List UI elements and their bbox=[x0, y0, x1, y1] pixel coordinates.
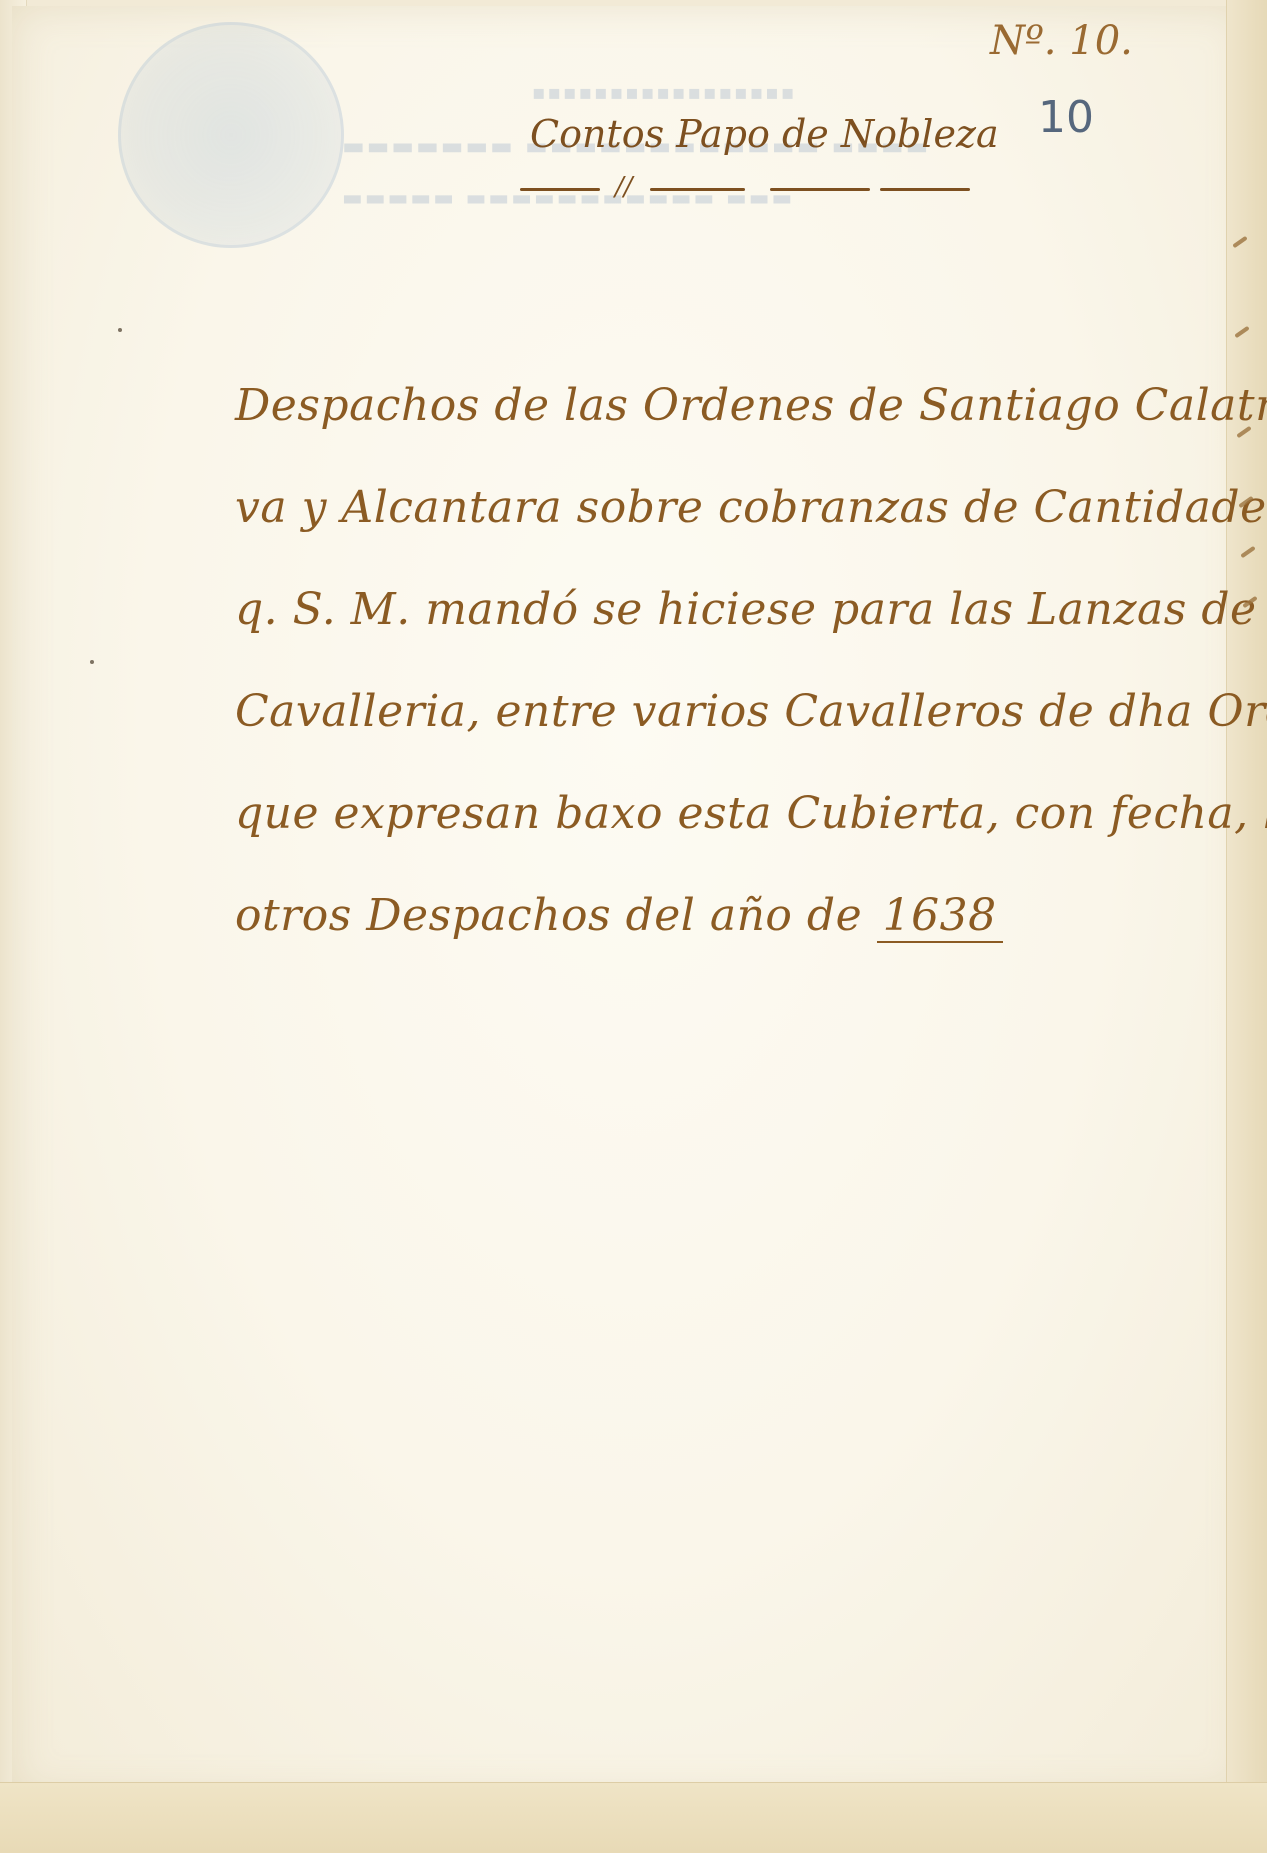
ink-speck bbox=[90, 660, 94, 664]
folio-number-ink: Nº. 10. bbox=[990, 18, 1133, 64]
document-body: Despachos de las Ordenes de Santiago Cal… bbox=[235, 355, 1175, 967]
manuscript-sheet: ▪▪▪▪▪▪▪▪▪▪▪▪▪▪▪▪▪ ▬▬▬▬ ▬▬▬▬▬▬▬▬▬▬▬▬ ▬▬▬▬… bbox=[0, 0, 1267, 1853]
body-line-2: va y Alcantara sobre cobranzas de Cantid… bbox=[235, 457, 1175, 559]
folio-ink-text: Nº. 10. bbox=[990, 18, 1133, 64]
document-year: 1638 bbox=[877, 890, 1003, 943]
bleed-through-text: ▪▪▪▪▪▪▪▪▪▪▪▪▪▪▪▪▪ bbox=[530, 80, 794, 104]
folio-number-pencil: 10 bbox=[1038, 92, 1094, 143]
heading-rule bbox=[650, 188, 745, 191]
heading-mark: // bbox=[615, 172, 633, 202]
body-line-4: Cavalleria, entre varios Cavalleros de d… bbox=[235, 661, 1175, 763]
right-page-edge bbox=[1226, 0, 1267, 1853]
body-line-5: que expresan baxo esta Cubierta, con fec… bbox=[235, 763, 1175, 865]
ink-speck bbox=[118, 328, 122, 332]
document-heading: Contos Papo de Nobleza bbox=[530, 112, 999, 156]
body-line-3: q. S. M. mandó se hiciese para las Lanza… bbox=[235, 559, 1175, 661]
heading-rule bbox=[770, 188, 870, 191]
bottom-page-edge bbox=[0, 1782, 1267, 1853]
heading-rule bbox=[880, 188, 970, 191]
body-line-6-text: otros Despachos del año de bbox=[235, 890, 862, 941]
body-line-1: Despachos de las Ordenes de Santiago Cal… bbox=[235, 355, 1175, 457]
body-line-6: otros Despachos del año de 1638 bbox=[235, 865, 1175, 967]
stamp-seal-icon bbox=[118, 22, 344, 248]
heading-rule bbox=[520, 188, 600, 191]
